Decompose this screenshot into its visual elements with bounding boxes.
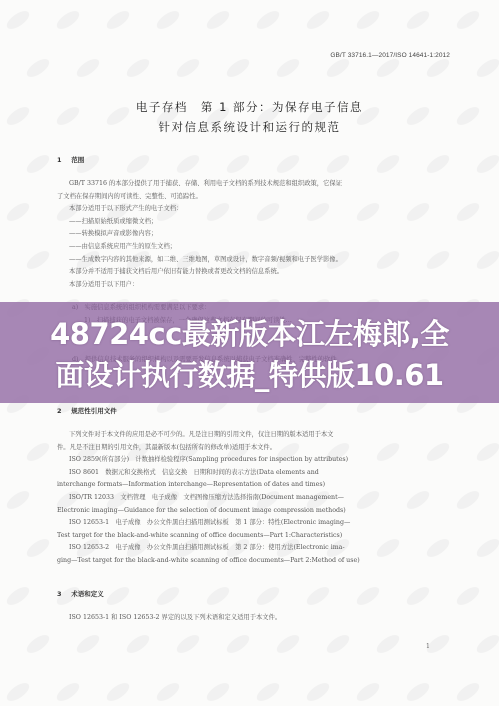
watermark-mark — [274, 152, 302, 177]
watermark-mark — [104, 8, 132, 33]
reference-item: ISO 12653-2 电子成像 办公文件黑白扫描用测试标板 第 2 部分：使用… — [57, 542, 442, 555]
watermark-mark — [374, 152, 402, 177]
watermark-mark — [354, 8, 382, 33]
watermark-mark — [4, 680, 32, 705]
watermark-mark — [454, 488, 482, 513]
watermark-mark — [304, 680, 332, 705]
section-1-heading: 1 范围 — [57, 155, 84, 164]
section-number: 3 — [57, 590, 69, 598]
section-2-heading: 2 规范性引用文件 — [57, 406, 117, 415]
section-3-heading: 3 术语和定义 — [57, 589, 104, 598]
watermark-mark — [404, 584, 432, 609]
watermark-mark — [104, 584, 132, 609]
paragraph-line: ISO 12653-1 和 ISO 12653-2 界定的以及下列术语和定义适用… — [57, 612, 442, 625]
watermark-mark — [254, 680, 282, 705]
watermark-mark — [254, 8, 282, 33]
section-title: 术语和定义 — [71, 590, 104, 598]
watermark-mark — [24, 56, 52, 81]
watermark-mark — [454, 200, 482, 225]
paragraph-line: 本部分适用于以下用户： — [57, 279, 442, 292]
section-number: 1 — [57, 156, 69, 164]
watermark-mark — [324, 632, 352, 657]
watermark-mark — [204, 680, 232, 705]
watermark-mark — [404, 680, 432, 705]
paragraph-line: 件。凡是不注日期的引用文件，其最新版本(包括所有的修改单)适用于本文件。 — [57, 442, 442, 455]
document-title-line-2: 针对信息系统设计和运行的规范 — [0, 119, 499, 135]
reference-item: ISO 12653-1 电子成像 办公文件黑白扫描用测试标板 第 1 部分：特性… — [57, 517, 442, 530]
watermark-mark — [204, 584, 232, 609]
paragraph-line: 了文档在保存期间内的可读性、完整性、可追踪性。 — [57, 191, 442, 204]
watermark-mark — [474, 632, 499, 657]
watermark-mark — [24, 152, 52, 177]
section-1-body: GB/T 33716 的本部分提供了用于捕获、存储、利用电子文档的系列技术规范和… — [57, 178, 442, 291]
watermark-mark — [374, 632, 402, 657]
reference-item-continued: Electronic imaging—Guidance for the sele… — [57, 505, 442, 518]
watermark-mark — [74, 632, 102, 657]
reference-item: ISO/TR 12033 文档管理 电子成像 文档图像压缩方法选择指南(Docu… — [57, 492, 442, 505]
watermark-mark — [304, 584, 332, 609]
watermark-mark — [154, 8, 182, 33]
standard-code: GB/T 33716.1—2017/ISO 14641-1:2012 — [290, 52, 450, 59]
watermark-mark — [224, 152, 252, 177]
reference-item-continued: Test target for the black-and-white scan… — [57, 530, 442, 543]
watermark-mark — [274, 56, 302, 81]
section-title: 范围 — [71, 156, 84, 164]
watermark-mark — [474, 536, 499, 561]
watermark-mark — [24, 632, 52, 657]
obscured-line: a) 实施信息系统的组织机构需要满足以下要求： — [72, 302, 432, 311]
watermark-mark — [104, 680, 132, 705]
watermark-mark — [324, 152, 352, 177]
reference-item: ISO 2859(所有部分) 计数抽样检验程序(Sampling procedu… — [57, 454, 442, 467]
reference-item-continued: ging—Test target for the black-and-white… — [57, 555, 442, 568]
watermark-mark — [354, 680, 382, 705]
watermark-mark — [4, 8, 32, 33]
watermark-mark — [224, 632, 252, 657]
section-3-body: ISO 12653-1 和 ISO 12653-2 界定的以及下列术语和定义适用… — [57, 612, 442, 625]
list-item: ——由信息系统应用产生的原生文档； — [57, 241, 442, 254]
watermark-mark — [24, 248, 52, 273]
watermark-mark — [474, 248, 499, 273]
overlay-headline-line-2: 面设计执行数据_特供版10.61 — [0, 357, 499, 393]
watermark-mark — [424, 56, 452, 81]
overlay-headline-line-1: 48724cc最新版本江左梅郎,全 — [0, 316, 499, 352]
list-item: ——扫描原始纸质或缩微文档； — [57, 216, 442, 229]
watermark-mark — [454, 8, 482, 33]
watermark-mark — [474, 440, 499, 465]
watermark-mark — [4, 488, 32, 513]
paragraph-line: 本部分并不适用于捕获文档后用户依旧有能力替换或者更改文档的信息系统。 — [57, 266, 442, 279]
watermark-mark — [474, 152, 499, 177]
watermark-mark — [174, 152, 202, 177]
watermark-mark — [54, 680, 82, 705]
watermark-mark — [54, 8, 82, 33]
watermark-mark — [174, 56, 202, 81]
watermark-mark — [74, 56, 102, 81]
watermark-mark — [454, 584, 482, 609]
document-page: GB/T 33716.1—2017/ISO 14641-1:2012 电子存档 … — [0, 0, 499, 706]
watermark-mark — [204, 8, 232, 33]
watermark-mark — [354, 584, 382, 609]
list-item: ——生成数字内容的其他来源，如二维、三维地图，草图或设计，数字音频/视频和电子医… — [57, 254, 442, 267]
watermark-mark — [454, 680, 482, 705]
watermark-mark — [24, 440, 52, 465]
section-number: 2 — [57, 407, 69, 415]
watermark-mark — [4, 584, 32, 609]
watermark-mark — [374, 56, 402, 81]
paragraph-line: GB/T 33716 的本部分提供了用于捕获、存储、利用电子文档的系列技术规范和… — [57, 178, 442, 191]
watermark-mark — [124, 632, 152, 657]
watermark-mark — [154, 584, 182, 609]
reference-item: ISO 8601 数据元和交换格式 信息交换 日期和时间的表示方法(Data e… — [57, 467, 442, 480]
watermark-mark — [174, 632, 202, 657]
watermark-mark — [324, 56, 352, 81]
watermark-mark — [154, 680, 182, 705]
paragraph-line: 下列文件对于本文件的应用是必不可少的。凡是注日期的引用文件，仅注日期的版本适用于… — [57, 429, 442, 442]
watermark-mark — [274, 632, 302, 657]
page-number: 1 — [426, 643, 430, 650]
watermark-mark — [424, 152, 452, 177]
watermark-mark — [304, 8, 332, 33]
document-title-line-1: 电子存档 第 1 部分：为保存电子信息 — [0, 99, 499, 115]
paragraph-line: 本部分适用于以下形式产生的电子文档： — [57, 203, 442, 216]
watermark-mark — [474, 56, 499, 81]
section-title: 规范性引用文件 — [71, 407, 117, 415]
watermark-mark — [124, 56, 152, 81]
watermark-mark — [124, 152, 152, 177]
reference-item-continued: interchange formats—Information intercha… — [57, 479, 442, 492]
list-item: ——转换模拟声音或影像内容； — [57, 228, 442, 241]
watermark-mark — [254, 584, 282, 609]
watermark-mark — [404, 8, 432, 33]
watermark-mark — [24, 536, 52, 561]
watermark-mark — [4, 200, 32, 225]
section-2-body: 下列文件对于本文件的应用是必不可少的。凡是注日期的引用文件，仅注日期的版本适用于… — [57, 429, 442, 568]
watermark-mark — [224, 56, 252, 81]
